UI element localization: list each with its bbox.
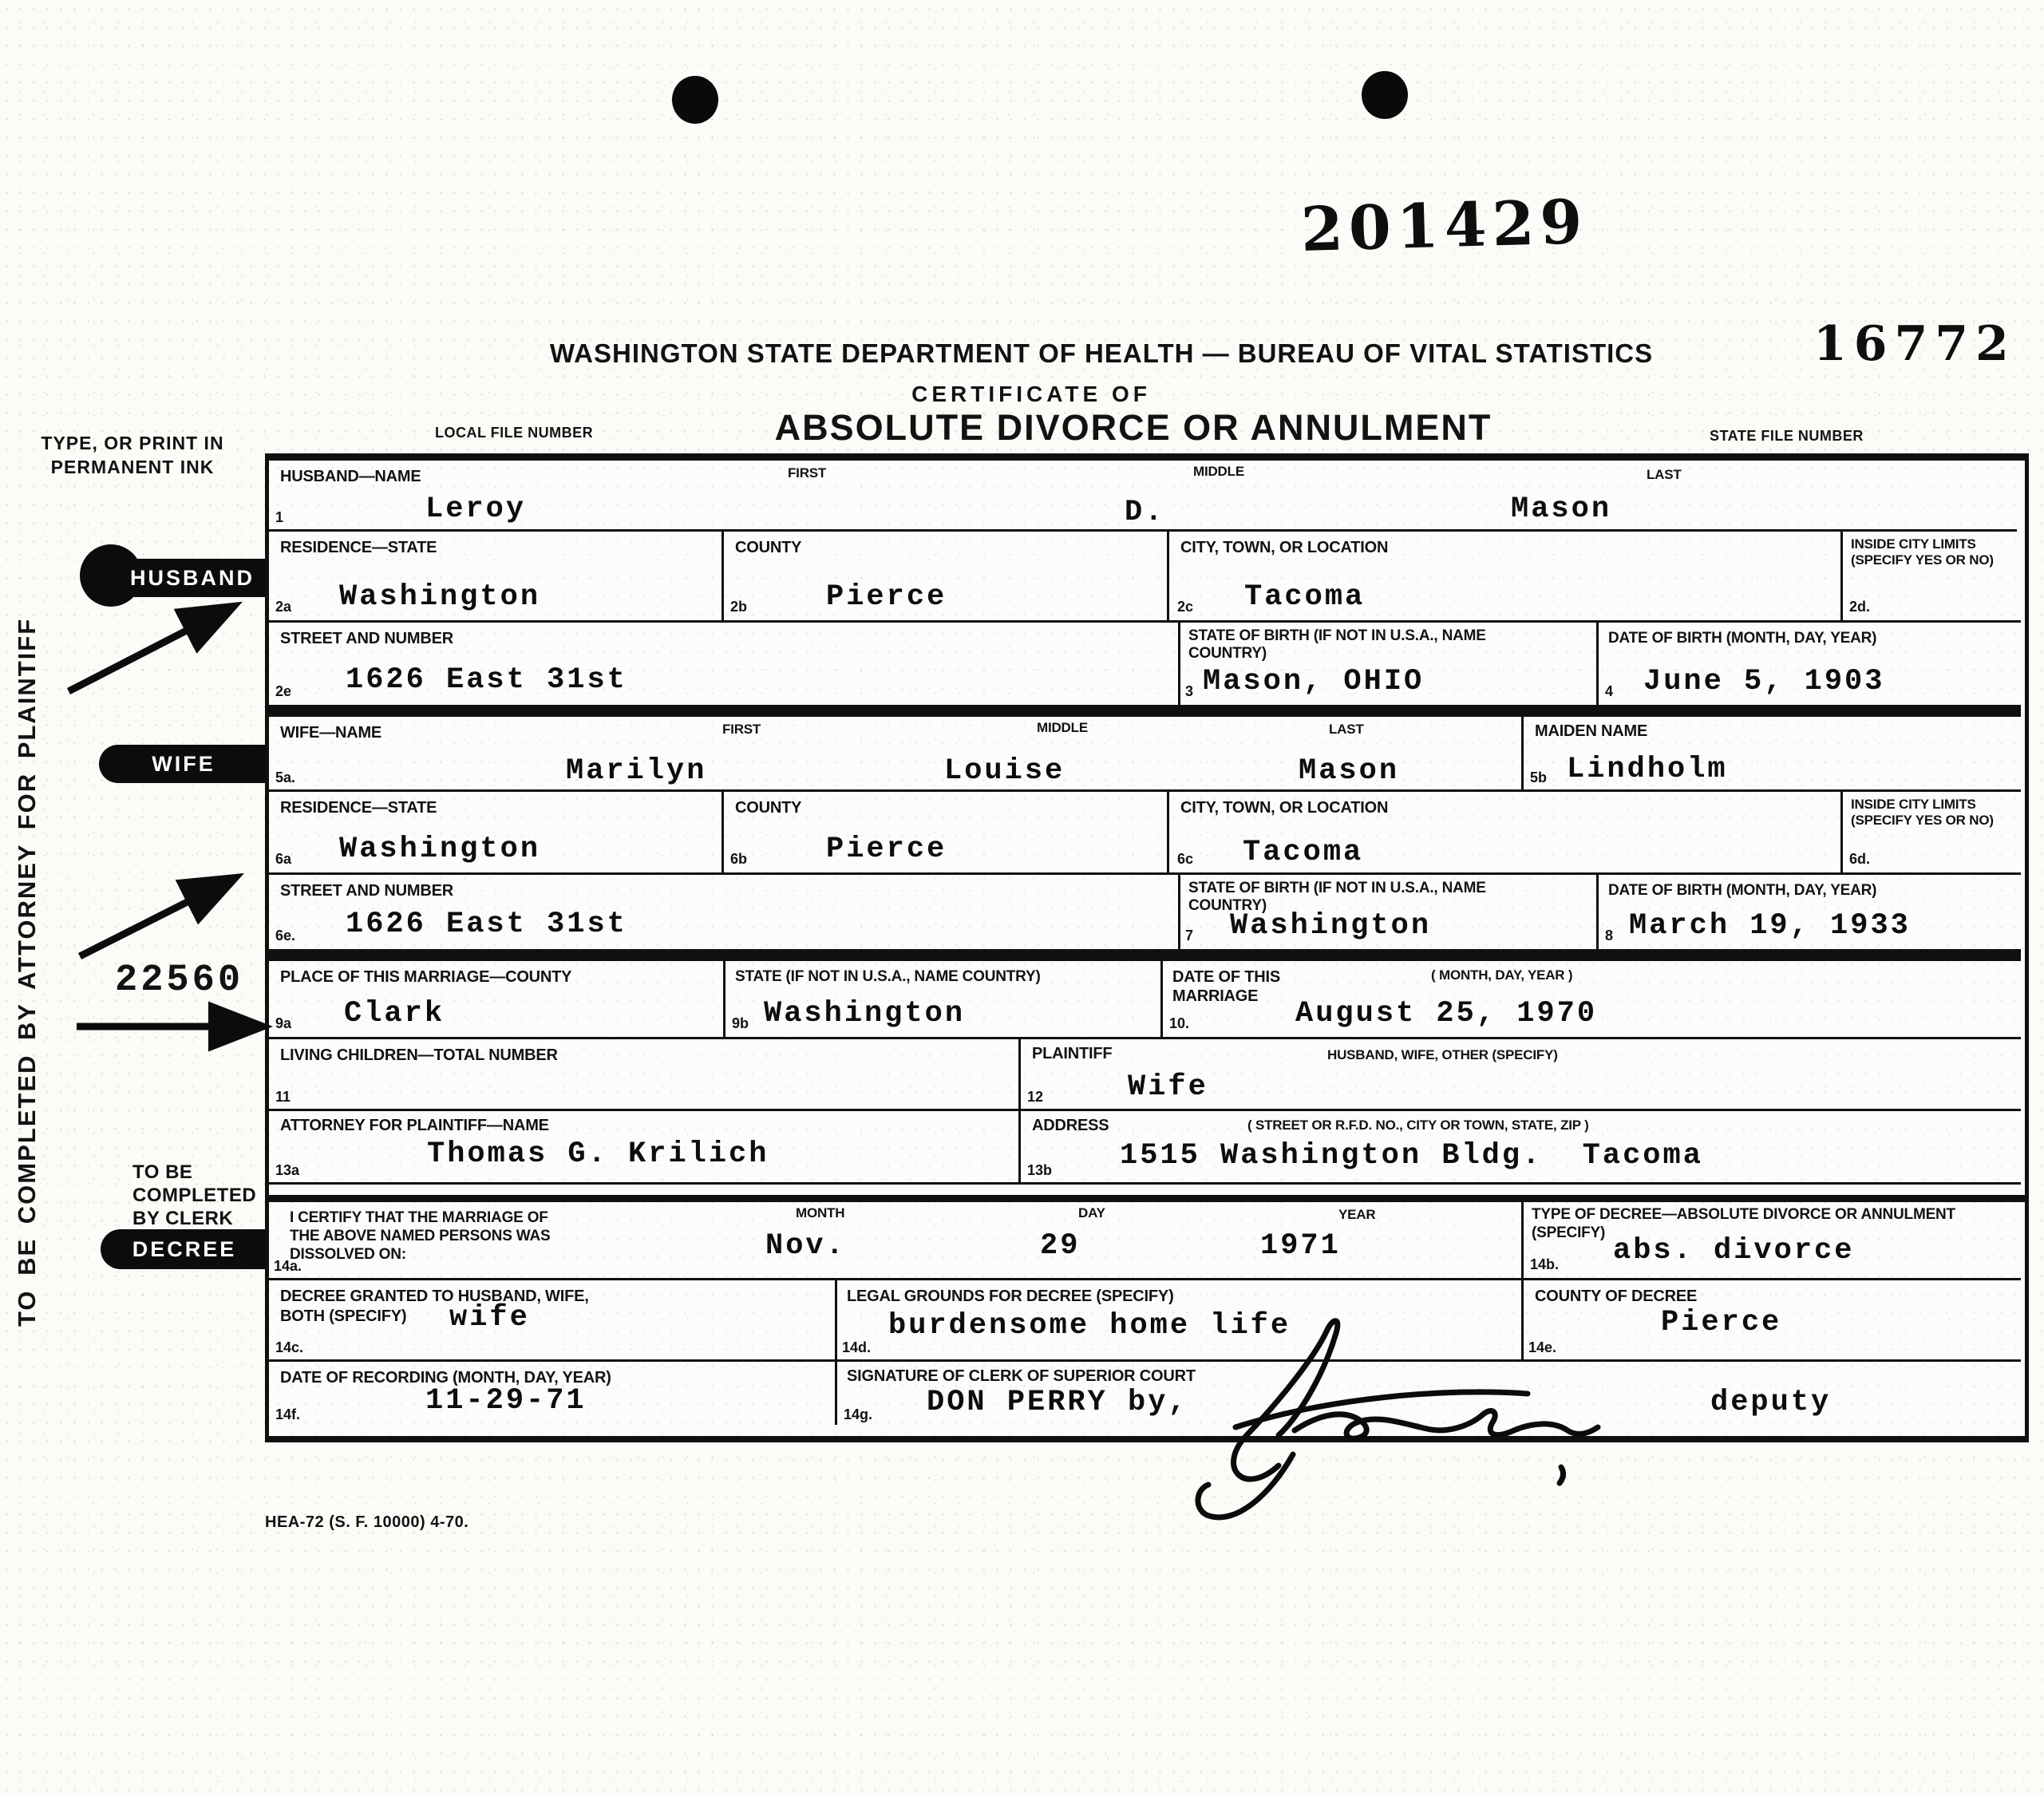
clerk-signature-cell: SIGNATURE OF CLERK OF SUPERIOR COURT 14g… bbox=[835, 1362, 2021, 1425]
attorney-name-cell: ATTORNEY FOR PLAINTIFF—NAME 13a Thomas G… bbox=[269, 1111, 1018, 1185]
field-number-2a: 2a bbox=[275, 599, 291, 615]
living-children-cell: LIVING CHILDREN—TOTAL NUMBER 11 bbox=[269, 1039, 1018, 1111]
arrow-to-husband-section bbox=[69, 608, 230, 691]
county-of-decree-label: COUNTY OF DECREE bbox=[1535, 1287, 1697, 1306]
decree-month-value: Nov. bbox=[765, 1229, 846, 1263]
field-number-5b: 5b bbox=[1530, 769, 1547, 786]
first-label: FIRST bbox=[788, 465, 826, 481]
address-hint: ( STREET OR R.F.D. NO., CITY OR TOWN, ST… bbox=[1247, 1118, 1589, 1133]
decree-year-value: 1971 bbox=[1260, 1229, 1341, 1263]
marriage-dissolved-cell: I CERTIFY THAT THE MARRIAGE OF THE ABOVE… bbox=[269, 1202, 1521, 1280]
registrar-stamp-number: 201429 bbox=[1300, 186, 1589, 265]
field-number-4: 4 bbox=[1605, 683, 1613, 700]
maiden-name-label: MAIDEN NAME bbox=[1535, 722, 1647, 741]
husband-name-cell: HUSBAND—NAME FIRST MIDDLE LAST 1 Leroy D… bbox=[269, 461, 2017, 532]
field-number-10: 10. bbox=[1169, 1015, 1189, 1032]
middle-label: MIDDLE bbox=[1193, 464, 1244, 480]
field-number-6e: 6e. bbox=[275, 928, 295, 944]
inside-city-limits-label: INSIDE CITY LIMITS (SPECIFY YES OR NO) bbox=[1851, 797, 2010, 829]
field-number-1: 1 bbox=[275, 509, 283, 526]
decree-granted-value: wife bbox=[449, 1301, 530, 1335]
field-number-6b: 6b bbox=[730, 851, 747, 868]
marriage-state-cell: STATE (IF NOT IN U.S.A., NAME COUNTRY) 9… bbox=[723, 961, 1160, 1039]
county-label: COUNTY bbox=[735, 538, 801, 557]
deputy-label: deputy bbox=[1710, 1386, 1831, 1419]
husband-county-value: Pierce bbox=[826, 580, 947, 614]
husband-birth-date-value: June 5, 1903 bbox=[1643, 665, 1884, 698]
wife-section-divider bbox=[265, 707, 2021, 717]
county-label: COUNTY bbox=[735, 798, 801, 817]
arrow-to-wife-section bbox=[80, 880, 231, 956]
clerk-signature-label: SIGNATURE OF CLERK OF SUPERIOR COURT bbox=[847, 1367, 1196, 1386]
field-number-14c: 14c. bbox=[275, 1339, 303, 1356]
husband-city-cell: CITY, TOWN, OR LOCATION 2c Tacoma bbox=[1167, 532, 1840, 623]
wife-county-cell: COUNTY 6b Pierce bbox=[722, 792, 1167, 875]
legal-grounds-cell: LEGAL GROUNDS FOR DECREE (SPECIFY) 14d. … bbox=[835, 1280, 1521, 1362]
wife-section-tab: WIFE bbox=[99, 745, 268, 783]
wife-city-limits-cell: INSIDE CITY LIMITS (SPECIFY YES OR NO) 6… bbox=[1840, 792, 2021, 875]
husband-last-value: Mason bbox=[1511, 493, 1611, 526]
state-of-birth-label: STATE OF BIRTH (IF NOT IN U.S.A., NAME C… bbox=[1188, 627, 1540, 663]
city-label: CITY, TOWN, OR LOCATION bbox=[1180, 798, 1388, 817]
last-label: LAST bbox=[1329, 722, 1364, 738]
case-number: 22560 bbox=[115, 959, 243, 1002]
living-children-label: LIVING CHILDREN—TOTAL NUMBER bbox=[280, 1046, 558, 1065]
type-of-decree-value: abs. divorce bbox=[1613, 1234, 1854, 1268]
wife-birth-state-value: Washington bbox=[1230, 909, 1431, 943]
legal-grounds-value: burdensome home life bbox=[888, 1309, 1291, 1343]
wife-county-value: Pierce bbox=[826, 833, 947, 866]
clerk-note-line2: COMPLETED bbox=[132, 1184, 256, 1207]
field-number-2b: 2b bbox=[730, 599, 747, 615]
husband-city-value: Tacoma bbox=[1244, 580, 1365, 614]
field-number-12: 12 bbox=[1027, 1089, 1043, 1106]
marriage-state-value: Washington bbox=[764, 997, 965, 1031]
wife-residence-state-cell: RESIDENCE—STATE 6a Washington bbox=[269, 792, 722, 875]
ink-note-line1: TYPE, OR PRINT IN bbox=[11, 431, 254, 455]
last-label: LAST bbox=[1647, 467, 1682, 483]
marriage-date-hint: ( MONTH, DAY, YEAR ) bbox=[1431, 967, 1572, 983]
wife-birth-state-cell: STATE OF BIRTH (IF NOT IN U.S.A., NAME C… bbox=[1178, 875, 1596, 951]
address-label: ADDRESS bbox=[1032, 1116, 1109, 1135]
inside-city-limits-label: INSIDE CITY LIMITS (SPECIFY YES OR NO) bbox=[1851, 536, 2010, 568]
husband-name-label: HUSBAND—NAME bbox=[280, 467, 421, 486]
day-label: DAY bbox=[1078, 1205, 1105, 1221]
husband-residence-state-cell: RESIDENCE—STATE 2a Washington bbox=[269, 532, 722, 623]
wife-street-value: 1626 East 31st bbox=[346, 908, 627, 941]
date-of-recording-value: 11-29-71 bbox=[425, 1384, 587, 1418]
marriage-section-divider bbox=[265, 951, 2021, 961]
field-number-14g: 14g. bbox=[844, 1406, 872, 1423]
husband-residence-state-value: Washington bbox=[339, 580, 540, 614]
ink-note-line2: PERMANENT INK bbox=[11, 455, 254, 479]
month-label: MONTH bbox=[796, 1205, 844, 1221]
decree-granted-cell: DECREE GRANTED TO HUSBAND, WIFE, BOTH (S… bbox=[269, 1280, 835, 1362]
residence-state-label: RESIDENCE—STATE bbox=[280, 538, 437, 557]
certify-label: I CERTIFY THAT THE MARRIAGE OF THE ABOVE… bbox=[290, 1209, 553, 1264]
date-of-birth-label: DATE OF BIRTH (MONTH, DAY, YEAR) bbox=[1608, 881, 2007, 900]
wife-first-value: Marilyn bbox=[566, 754, 706, 788]
permanent-ink-note: TYPE, OR PRINT IN PERMANENT INK bbox=[11, 431, 254, 479]
date-of-birth-label: DATE OF BIRTH (MONTH, DAY, YEAR) bbox=[1608, 629, 2007, 648]
first-label: FIRST bbox=[722, 722, 761, 738]
street-and-number-label: STREET AND NUMBER bbox=[280, 881, 453, 900]
field-number-14d: 14d. bbox=[842, 1339, 871, 1356]
husband-section-tab: HUSBAND bbox=[117, 559, 268, 597]
street-and-number-label: STREET AND NUMBER bbox=[280, 629, 453, 648]
scanned-divorce-certificate: 201429 16772 WASHINGTON STATE DEPARTMENT… bbox=[0, 0, 2044, 1796]
local-file-number-label: LOCAL FILE NUMBER bbox=[435, 425, 593, 441]
county-of-decree-cell: COUNTY OF DECREE 14e. Pierce bbox=[1521, 1280, 2021, 1362]
middle-label: MIDDLE bbox=[1037, 720, 1088, 736]
husband-county-cell: COUNTY 2b Pierce bbox=[722, 532, 1167, 623]
attorney-label: ATTORNEY FOR PLAINTIFF—NAME bbox=[280, 1116, 549, 1135]
wife-city-value: Tacoma bbox=[1243, 836, 1363, 869]
marriage-date-cell: DATE OF THIS MARRIAGE ( MONTH, DAY, YEAR… bbox=[1160, 961, 2021, 1039]
hole-punch-left bbox=[672, 76, 718, 124]
decree-day-value: 29 bbox=[1040, 1229, 1080, 1263]
field-number-9b: 9b bbox=[732, 1015, 749, 1032]
wife-name-cell: WIFE—NAME FIRST MIDDLE LAST 5a. Marilyn … bbox=[269, 717, 1521, 792]
wife-middle-value: Louise bbox=[944, 754, 1065, 788]
field-number-5a: 5a. bbox=[275, 769, 295, 786]
department-title: WASHINGTON STATE DEPARTMENT OF HEALTH — … bbox=[423, 338, 1780, 369]
field-number-6c: 6c bbox=[1177, 851, 1193, 868]
husband-birth-date-cell: DATE OF BIRTH (MONTH, DAY, YEAR) 4 June … bbox=[1596, 623, 2021, 707]
wife-maiden-name-value: Lindholm bbox=[1567, 753, 1728, 786]
field-number-8: 8 bbox=[1605, 928, 1613, 944]
year-label: YEAR bbox=[1338, 1207, 1375, 1223]
attorney-address-cell: ADDRESS ( STREET OR R.F.D. NO., CITY OR … bbox=[1018, 1111, 2021, 1185]
field-number-2c: 2c bbox=[1177, 599, 1193, 615]
wife-birth-date-value: March 19, 1933 bbox=[1629, 909, 1911, 943]
field-number-2d: 2d. bbox=[1849, 599, 1870, 615]
attorney-address-value: 1515 Washington Bldg. Tacoma bbox=[1120, 1139, 1703, 1173]
clerk-completion-note: TO BE COMPLETED BY CLERK bbox=[132, 1161, 256, 1230]
husband-street-cell: STREET AND NUMBER 2e 1626 East 31st bbox=[269, 623, 1178, 707]
wife-city-cell: CITY, TOWN, OR LOCATION 6c Tacoma bbox=[1167, 792, 1840, 875]
county-of-decree-value: Pierce bbox=[1661, 1306, 1781, 1339]
certificate-of-label: CERTIFICATE OF bbox=[353, 382, 1710, 407]
field-number-6d: 6d. bbox=[1849, 851, 1870, 868]
field-number-13b: 13b bbox=[1027, 1162, 1052, 1179]
decree-section-tab: DECREE bbox=[101, 1229, 268, 1269]
field-number-14a: 14a. bbox=[274, 1258, 302, 1275]
legal-grounds-label: LEGAL GROUNDS FOR DECREE (SPECIFY) bbox=[847, 1287, 1174, 1306]
state-file-number-label: STATE FILE NUMBER bbox=[1710, 428, 1864, 445]
field-number-14b: 14b. bbox=[1530, 1256, 1559, 1273]
husband-first-value: Leroy bbox=[425, 493, 526, 526]
residence-state-label: RESIDENCE—STATE bbox=[280, 798, 437, 817]
field-number-2e: 2e bbox=[275, 683, 291, 700]
clerk-note-line1: TO BE bbox=[132, 1161, 256, 1184]
plaintiff-label: PLAINTIFF bbox=[1032, 1044, 1112, 1063]
field-number-14e: 14e. bbox=[1528, 1339, 1556, 1356]
field-number-7: 7 bbox=[1185, 928, 1193, 944]
state-file-stamp-number: 16772 bbox=[1813, 316, 2016, 372]
field-number-13a: 13a bbox=[275, 1162, 299, 1179]
plaintiff-cell: PLAINTIFF HUSBAND, WIFE, OTHER (SPECIFY)… bbox=[1018, 1039, 2021, 1111]
wife-birth-date-cell: DATE OF BIRTH (MONTH, DAY, YEAR) 8 March… bbox=[1596, 875, 2021, 951]
husband-birth-state-cell: STATE OF BIRTH (IF NOT IN U.S.A., NAME C… bbox=[1178, 623, 1596, 707]
wife-maiden-name-cell: MAIDEN NAME 5b Lindholm bbox=[1521, 717, 2021, 792]
field-number-6a: 6a bbox=[275, 851, 291, 868]
decree-granted-label: DECREE GRANTED TO HUSBAND, WIFE, BOTH (S… bbox=[280, 1287, 615, 1327]
field-number-3: 3 bbox=[1185, 683, 1193, 700]
form-code: HEA-72 (S. F. 10000) 4-70. bbox=[265, 1513, 468, 1532]
wife-last-value: Mason bbox=[1299, 754, 1399, 788]
marriage-county-cell: PLACE OF THIS MARRIAGE—COUNTY 9a Clark bbox=[269, 961, 723, 1039]
wife-residence-state-value: Washington bbox=[339, 833, 540, 866]
type-of-decree-cell: TYPE OF DECREE—ABSOLUTE DIVORCE OR ANNUL… bbox=[1521, 1202, 2021, 1280]
plaintiff-value: Wife bbox=[1128, 1070, 1208, 1104]
clerk-note-line3: BY CLERK bbox=[132, 1207, 256, 1230]
field-number-9a: 9a bbox=[275, 1015, 291, 1032]
marriage-state-label: STATE (IF NOT IN U.S.A., NAME COUNTRY) bbox=[735, 967, 1150, 987]
wife-name-label: WIFE—NAME bbox=[280, 723, 382, 742]
marriage-date-value: August 25, 1970 bbox=[1295, 997, 1597, 1031]
date-of-recording-cell: DATE OF RECORDING (MONTH, DAY, YEAR) 14f… bbox=[269, 1362, 835, 1425]
husband-middle-value: D. bbox=[1125, 496, 1164, 529]
husband-birth-state-value: Mason, OHIO bbox=[1203, 665, 1424, 698]
wife-street-cell: STREET AND NUMBER 6e. 1626 East 31st bbox=[269, 875, 1178, 951]
marriage-place-label: PLACE OF THIS MARRIAGE—COUNTY bbox=[280, 967, 571, 987]
plaintiff-hint: HUSBAND, WIFE, OTHER (SPECIFY) bbox=[1327, 1047, 1558, 1063]
husband-street-value: 1626 East 31st bbox=[346, 663, 627, 697]
husband-city-limits-cell: INSIDE CITY LIMITS (SPECIFY YES OR NO) 2… bbox=[1840, 532, 2021, 623]
attorney-name-value: Thomas G. Krilich bbox=[427, 1137, 769, 1171]
hole-punch-right bbox=[1362, 71, 1408, 119]
page-title: ABSOLUTE DIVORCE OR ANNULMENT bbox=[455, 407, 1812, 449]
field-number-14f: 14f. bbox=[275, 1406, 300, 1423]
attorney-completion-note: TO BE COMPLETED BY ATTORNEY FOR PLAINTIF… bbox=[13, 493, 49, 1327]
clerk-name-value: DON PERRY by, bbox=[927, 1386, 1188, 1419]
city-label: CITY, TOWN, OR LOCATION bbox=[1180, 538, 1388, 557]
field-number-11: 11 bbox=[275, 1089, 291, 1106]
marriage-county-value: Clark bbox=[344, 997, 445, 1031]
